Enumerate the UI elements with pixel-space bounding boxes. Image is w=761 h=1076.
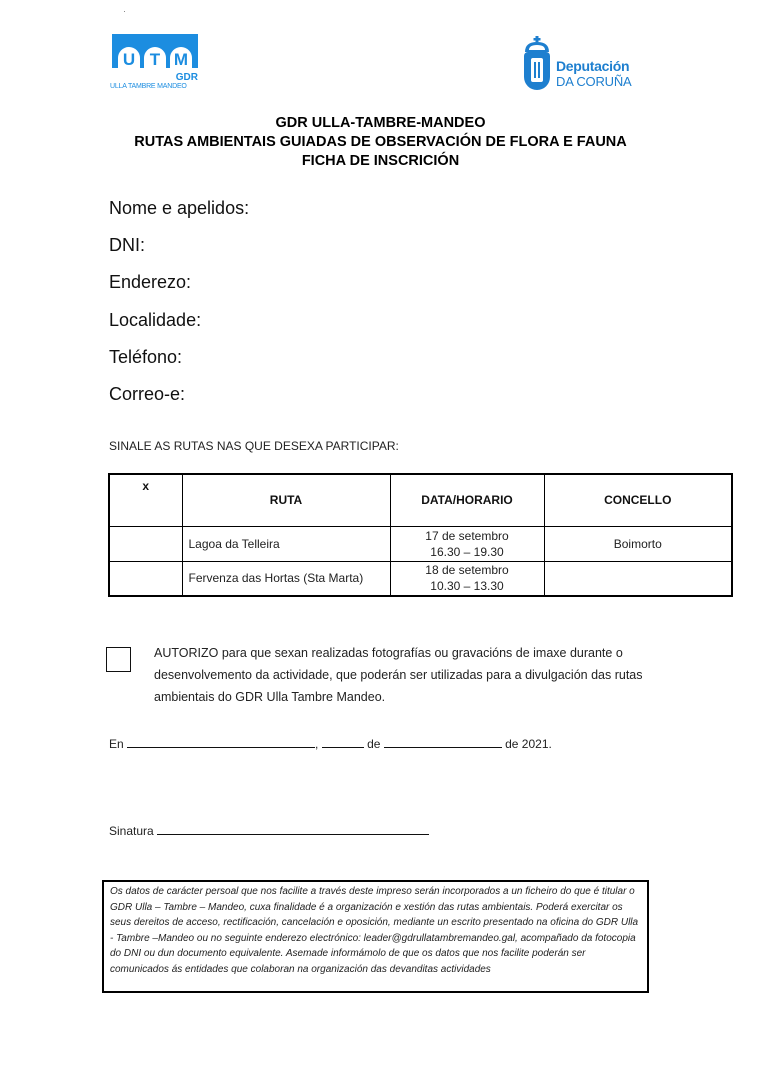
routes-instruction: SINALE AS RUTAS NAS QUE DESEXA PARTICIPA…	[109, 439, 399, 453]
field-address[interactable]: Enderezo:	[109, 272, 191, 293]
route-date: 17 de setembro	[391, 528, 544, 544]
date-separator: ,	[315, 737, 318, 751]
signature-label: Sinatura	[109, 824, 154, 838]
day-blank[interactable]	[322, 737, 364, 748]
signature-line: Sinatura	[109, 824, 429, 838]
document-title: GDR ULLA-TAMBRE-MANDEO RUTAS AMBIENTAIS …	[0, 114, 761, 171]
logo-arch: U	[118, 47, 140, 72]
logo-letter-m: M	[170, 50, 192, 70]
column-header-mark: x	[109, 474, 182, 526]
authorization-keyword: AUTORIZO	[154, 646, 218, 660]
authorization-body: para que sexan realizadas fotografías ou…	[154, 646, 643, 704]
route-name: Fervenza das Hortas (Sta Marta)	[182, 561, 390, 596]
field-locality[interactable]: Localidade:	[109, 310, 201, 331]
column-header-route: RUTA	[182, 474, 390, 526]
column-header-date: DATA/HORARIO	[390, 474, 544, 526]
signature-blank[interactable]	[157, 824, 429, 835]
stray-dot	[124, 11, 125, 12]
authorization-checkbox[interactable]	[106, 647, 131, 672]
route-mark-cell[interactable]	[109, 561, 182, 596]
route-datetime: 18 de setembro 10.30 – 13.30	[390, 561, 544, 596]
route-mark-cell[interactable]	[109, 526, 182, 561]
logo-subtitle: ULLA TAMBRE MANDEO	[110, 83, 187, 90]
logo-arch: M	[170, 47, 192, 72]
field-name[interactable]: Nome e apelidos:	[109, 198, 249, 219]
field-email[interactable]: Correo-e:	[109, 384, 185, 405]
route-name: Lagoa da Telleira	[182, 526, 390, 561]
route-datetime: 17 de setembro 16.30 – 19.30	[390, 526, 544, 561]
route-date: 18 de setembro	[391, 562, 544, 578]
field-phone[interactable]: Teléfono:	[109, 347, 182, 368]
shield-icon	[524, 52, 550, 90]
date-de: de	[367, 737, 380, 751]
route-council	[544, 561, 732, 596]
title-line-3: FICHA DE INSCRICIÓN	[0, 152, 761, 171]
tower-icon	[531, 58, 543, 82]
table-header-row: x RUTA DATA/HORARIO CONCELLO	[109, 474, 732, 526]
logo-name-line2: DA CORUÑA	[556, 74, 632, 89]
month-blank[interactable]	[384, 737, 502, 748]
logo-arch: T	[144, 47, 166, 72]
utm-gdr-logo: U T M GDR ULLA TAMBRE MANDEO	[110, 30, 202, 94]
date-suffix: de 2021.	[505, 737, 552, 751]
column-header-council: CONCELLO	[544, 474, 732, 526]
place-blank[interactable]	[127, 737, 315, 748]
route-council: Boimorto	[544, 526, 732, 561]
date-place-line: En , de de 2021.	[109, 737, 552, 751]
authorization-text: AUTORIZO para que sexan realizadas fotog…	[154, 642, 644, 708]
logo-gdr: GDR	[176, 72, 198, 83]
logo-letter-u: U	[118, 50, 140, 70]
table-row: Lagoa da Telleira 17 de setembro 16.30 –…	[109, 526, 732, 561]
route-time: 10.30 – 13.30	[391, 578, 544, 594]
routes-table: x RUTA DATA/HORARIO CONCELLO Lagoa da Te…	[108, 473, 733, 597]
field-dni[interactable]: DNI:	[109, 235, 145, 256]
deputacion-logo: Deputación DA CORUÑA	[520, 36, 640, 94]
logo-letter-t: T	[144, 50, 166, 70]
title-line-1: GDR ULLA-TAMBRE-MANDEO	[0, 114, 761, 133]
tower-shape	[534, 62, 540, 78]
logo-band: U T M	[112, 34, 198, 68]
route-time: 16.30 – 19.30	[391, 544, 544, 560]
table-row: Fervenza das Hortas (Sta Marta) 18 de se…	[109, 561, 732, 596]
privacy-notice: Os datos de carácter persoal que nos fac…	[102, 880, 649, 993]
title-line-2: RUTAS AMBIENTAIS GUIADAS DE OBSERVACIÓN …	[0, 133, 761, 152]
date-prefix: En	[109, 737, 124, 751]
logo-name-line1: Deputación	[556, 58, 629, 74]
